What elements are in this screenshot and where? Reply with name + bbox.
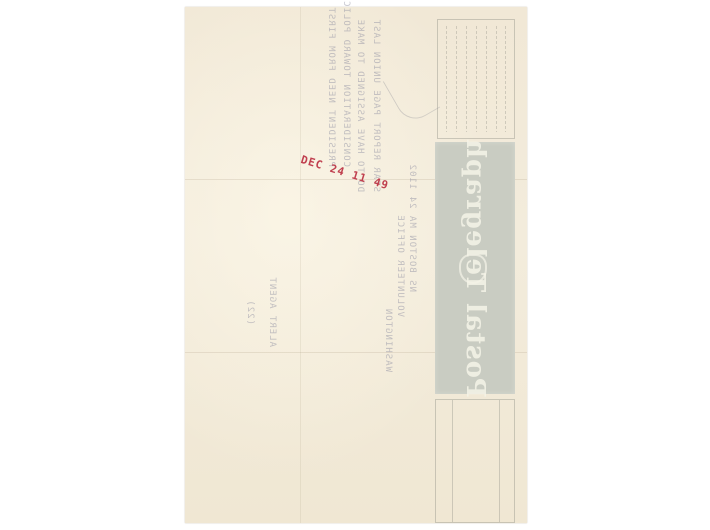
typed-line: (22)	[245, 299, 255, 325]
typed-line: PRESIDENT NEED FROM FIRST MAYOR	[326, 0, 336, 167]
typed-line: STAR REPORT PAGE UNION LAST	[371, 19, 381, 192]
bottom-ruled-box	[435, 399, 515, 523]
typed-line: VOLUNTEER OFFICE	[395, 214, 405, 317]
typed-line: NS BOSTON MA 24 1102	[407, 164, 417, 292]
postal-telegraph-banner: Postal Telegraph	[435, 142, 515, 394]
telegram-paper: Postal Telegraph NS BOSTON MA 24 1102 VO…	[185, 7, 527, 523]
typed-line: WASHINGTON	[383, 308, 393, 372]
fineprint-box	[437, 19, 515, 139]
banner-title: Postal Telegraph	[460, 138, 490, 398]
handwritten-mark	[383, 63, 441, 126]
typed-line: DO TO HAVE ASSIGNED TO MAKE	[355, 19, 365, 192]
typed-line: CONSIDERATION TOWARD POLICY FOR	[341, 0, 351, 167]
typed-line: ALERT AGENT	[267, 276, 277, 347]
fold-line	[300, 7, 301, 523]
